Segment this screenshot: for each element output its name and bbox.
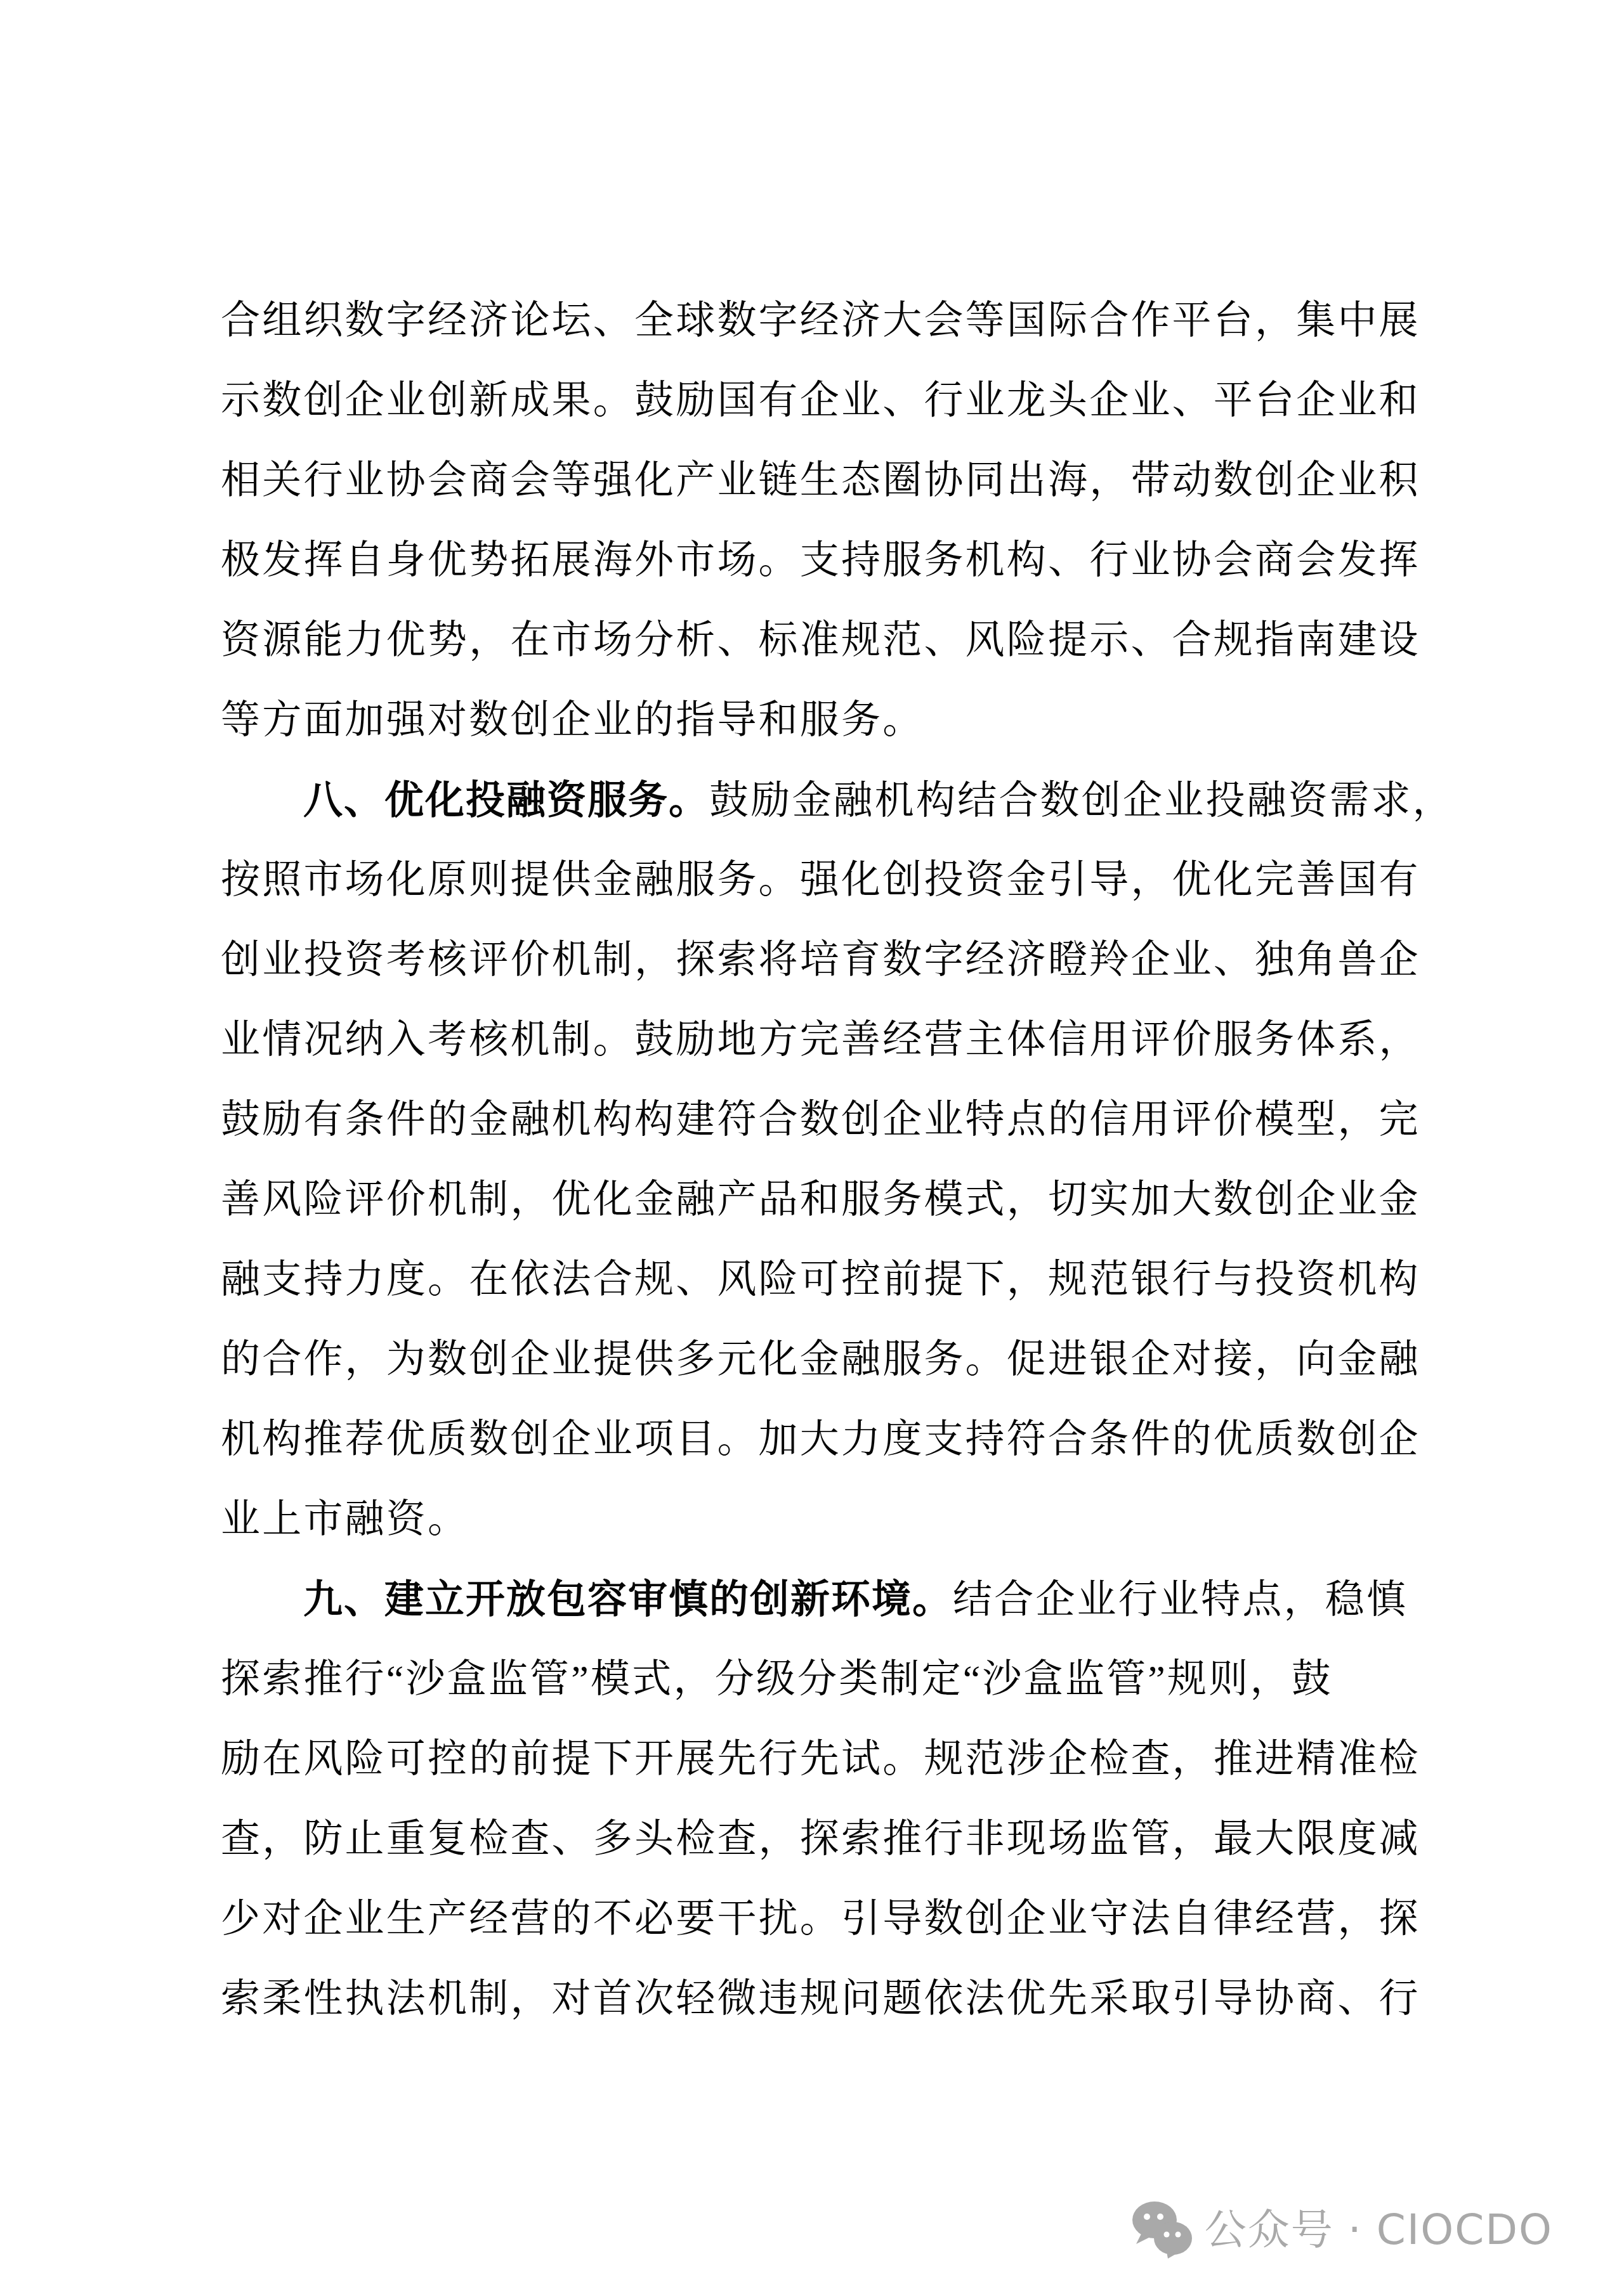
body-text: 鼓励金融机构结合数创企业投融资需求， <box>709 779 1454 823</box>
document-page: 合组织数字经济论坛、全球数字经济大会等国际合作平台，集中展示数创企业创新成果。鼓… <box>0 0 1624 2296</box>
text-line: 少对企业生产经营的不必要干扰。引导数创企业守法自律经营，探 <box>221 1879 1424 1959</box>
text-line: 创业投资考核评价机制，探索将培育数字经济瞪羚企业、独角兽企 <box>221 920 1424 1000</box>
text-line: 机构推荐优质数创企业项目。加大力度支持符合条件的优质数创企 <box>221 1400 1424 1480</box>
body-text: 资源能力优势，在市场分析、标准规范、风险提示、合规指南建设 <box>221 619 1420 662</box>
body-text: 业情况纳入考核机制。鼓励地方完善经营主体信用评价服务体系， <box>221 1019 1420 1062</box>
body-text: 少对企业生产经营的不必要干扰。引导数创企业守法自律经营，探 <box>221 1898 1420 1941</box>
section-heading: 八、优化投融资服务。 <box>303 777 709 823</box>
body-text: 按照市场化原则提供金融服务。强化创投资金引导，优化完善国有 <box>221 859 1420 902</box>
body-text: 合组织数字经济论坛、全球数字经济大会等国际合作平台，集中展 <box>221 299 1420 342</box>
body-text: 融支持力度。在依法合规、风险可控前提下，规范银行与投资机构 <box>221 1258 1420 1301</box>
text-line: 按照市场化原则提供金融服务。强化创投资金引导，优化完善国有 <box>221 840 1424 920</box>
document-text: 合组织数字经济论坛、全球数字经济大会等国际合作平台，集中展示数创企业创新成果。鼓… <box>221 281 1424 2039</box>
body-text: 业上市融资。 <box>221 1498 469 1541</box>
body-text: 示数创企业创新成果。鼓励国有企业、行业龙头企业、平台企业和 <box>221 379 1420 422</box>
body-text: 结合企业行业特点，稳慎 <box>953 1579 1408 1622</box>
text-line: 业情况纳入考核机制。鼓励地方完善经营主体信用评价服务体系， <box>221 1000 1424 1080</box>
body-text: 等方面加强对数创企业的指导和服务。 <box>221 699 924 742</box>
body-text: 励在风险可控的前提下开展先行先试。规范涉企检查，推进精准检 <box>221 1738 1420 1781</box>
body-text: 查，防止重复检查、多头检查，探索推行非现场监管，最大限度减 <box>221 1818 1420 1861</box>
text-line: 相关行业协会商会等强化产业链生态圈协同出海，带动数创企业积 <box>221 441 1424 521</box>
text-line: 查，防止重复检查、多头检查，探索推行非现场监管，最大限度减 <box>221 1799 1424 1879</box>
body-text: 的合作，为数创企业提供多元化金融服务。促进银企对接，向金融 <box>221 1338 1420 1381</box>
text-line: 八、优化投融资服务。鼓励金融机构结合数创企业投融资需求， <box>221 760 1424 840</box>
watermark-label: 公众号·CIOCDO <box>1205 2201 1553 2259</box>
body-text: 机构推荐优质数创企业项目。加大力度支持符合条件的优质数创企 <box>221 1418 1420 1461</box>
body-text: 索柔性执法机制，对首次轻微违规问题依法优先采取引导协商、行 <box>221 1978 1420 2021</box>
text-line: 探索推行“沙盒监管”模式，分级分类制定“沙盒监管”规则，鼓 <box>221 1640 1424 1719</box>
text-line: 的合作，为数创企业提供多元化金融服务。促进银企对接，向金融 <box>221 1320 1424 1400</box>
watermark: 公众号·CIOCDO <box>1131 2201 1553 2259</box>
text-line: 极发挥自身优势拓展海外市场。支持服务机构、行业协会商会发挥 <box>221 521 1424 601</box>
watermark-separator: · <box>1348 2201 1363 2259</box>
watermark-label-en: CIOCDO <box>1377 2205 1553 2254</box>
body-text: 探索推行“沙盒监管”模式，分级分类制定“沙盒监管”规则，鼓 <box>221 1658 1333 1701</box>
text-line: 鼓励有条件的金融机构构建符合数创企业特点的信用评价模型，完 <box>221 1080 1424 1160</box>
text-line: 索柔性执法机制，对首次轻微违规问题依法优先采取引导协商、行 <box>221 1959 1424 2039</box>
body-text: 极发挥自身优势拓展海外市场。支持服务机构、行业协会商会发挥 <box>221 539 1420 582</box>
text-line: 示数创企业创新成果。鼓励国有企业、行业龙头企业、平台企业和 <box>221 361 1424 441</box>
section-heading: 九、建立开放包容审慎的创新环境。 <box>303 1576 953 1622</box>
text-line: 资源能力优势，在市场分析、标准规范、风险提示、合规指南建设 <box>221 601 1424 681</box>
body-text: 相关行业协会商会等强化产业链生态圈协同出海，带动数创企业积 <box>221 459 1420 502</box>
body-text: 创业投资考核评价机制，探索将培育数字经济瞪羚企业、独角兽企 <box>221 939 1420 982</box>
wechat-icon <box>1131 2201 1195 2259</box>
text-line: 融支持力度。在依法合规、风险可控前提下，规范银行与投资机构 <box>221 1240 1424 1320</box>
text-line: 合组织数字经济论坛、全球数字经济大会等国际合作平台，集中展 <box>221 281 1424 361</box>
body-text: 鼓励有条件的金融机构构建符合数创企业特点的信用评价模型，完 <box>221 1099 1420 1142</box>
text-line: 励在风险可控的前提下开展先行先试。规范涉企检查，推进精准检 <box>221 1719 1424 1799</box>
text-line: 等方面加强对数创企业的指导和服务。 <box>221 681 1424 760</box>
text-line: 业上市融资。 <box>221 1480 1424 1560</box>
watermark-label-cn: 公众号 <box>1205 2205 1334 2254</box>
body-text: 善风险评价机制，优化金融产品和服务模式，切实加大数创企业金 <box>221 1178 1420 1222</box>
text-line: 九、建立开放包容审慎的创新环境。结合企业行业特点，稳慎 <box>221 1560 1424 1640</box>
text-line: 善风险评价机制，优化金融产品和服务模式，切实加大数创企业金 <box>221 1160 1424 1240</box>
